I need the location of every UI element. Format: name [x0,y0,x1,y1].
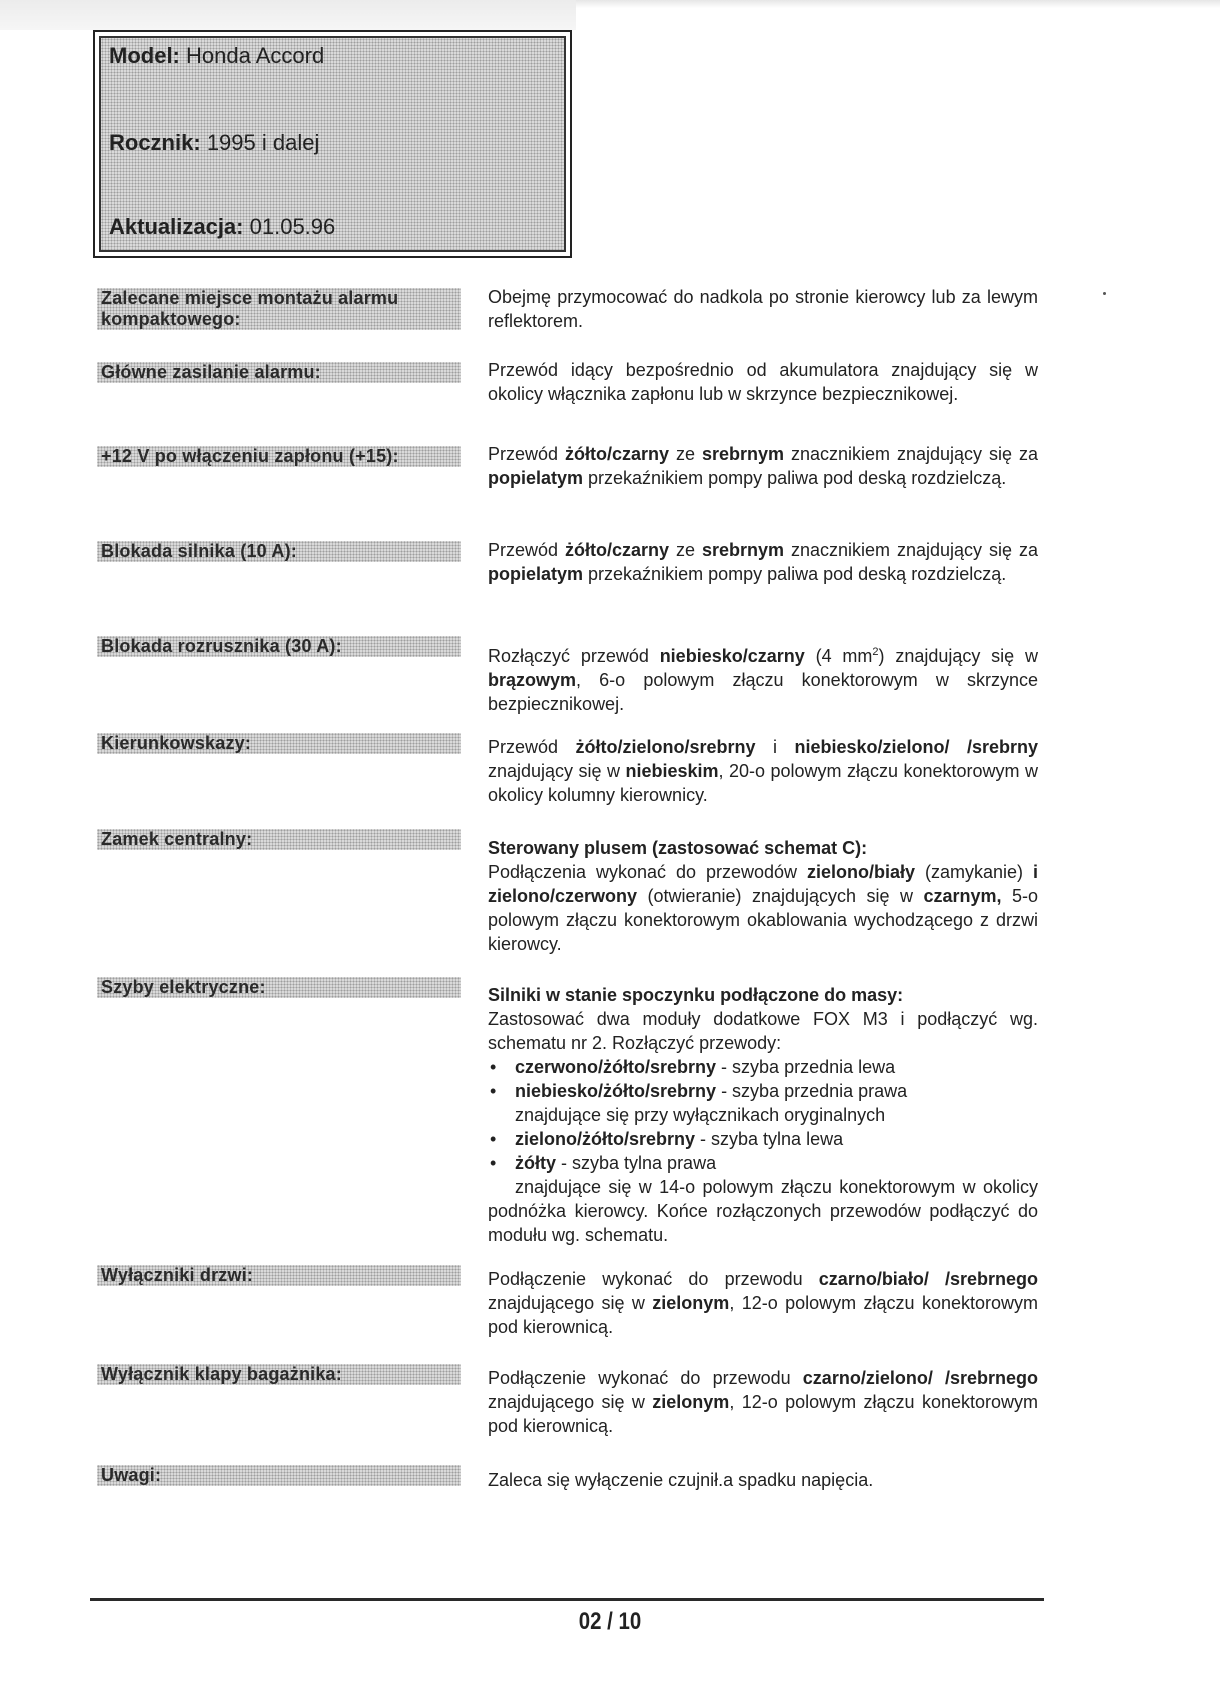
wire-list-front: czerwono/żółto/srebrny - szyba przednia … [488,1055,1038,1175]
row-label-door-switches: Wyłączniki drzwi: [97,1265,461,1286]
list-item: niebiesko/żółto/srebrny - szyba przednia… [488,1079,1038,1103]
row-value-central-lock: Sterowany plusem (zastosować schemat C):… [488,836,1038,956]
row-label-trunk-switch: Wyłącznik klapy bagażnika: [97,1364,461,1385]
row-value-starter-immobilizer: Rozłączyć przewód niebiesko/czarny (4 mm… [488,640,1038,716]
scan-top-band [0,0,576,30]
model-value: Honda Accord [186,43,324,68]
vehicle-header-box: Model: Honda Accord Rocznik: 1995 i dale… [93,30,572,258]
label-line: Zalecane miejsce montażu alarmu [101,288,459,309]
update-line: Aktualizacja: 01.05.96 [109,214,335,240]
model-label: Model: [109,43,180,68]
list-item: czerwono/żółto/srebrny - szyba przednia … [488,1055,1038,1079]
footer-divider [90,1598,1044,1601]
page-number: 02 / 10 [92,1608,1129,1636]
row-label-turn-signals: Kierunkowskazy: [97,733,461,754]
row-value-ignition-plus: Przewód żółto/czarny ze srebrnym znaczni… [488,442,1038,490]
vehicle-header-inner: Model: Honda Accord Rocznik: 1995 i dale… [99,36,566,252]
row-value-mounting-location: Obejmę przymocować do nadkola po stronie… [488,285,1038,333]
row-value-turn-signals: Przewód żółto/zielono/srebrny i niebiesk… [488,735,1038,807]
row-label-engine-immobilizer: Blokada silnika (10 A): [97,541,461,562]
year-value: 1995 i dalej [207,130,320,155]
list-item: żółty - szyba tylna prawa [488,1151,1038,1175]
row-label-starter-immobilizer: Blokada rozrusznika (30 A): [97,636,461,657]
year-line: Rocznik: 1995 i dalej [109,130,319,156]
update-label: Aktualizacja: [109,214,244,239]
row-value-engine-immobilizer: Przewód żółto/czarny ze srebrnym znaczni… [488,538,1038,586]
model-line: Model: Honda Accord [109,43,324,69]
label-line: kompaktowego: [101,309,459,330]
update-value: 01.05.96 [250,214,336,239]
list-item: zielono/żółto/srebrny - szyba tylna lewa [488,1127,1038,1151]
row-label-main-power: Główne zasilanie alarmu: [97,362,461,383]
row-value-notes: Zaleca się wyłączenie czujnił.a spadku n… [488,1468,1038,1492]
row-label-notes: Uwagi: [97,1465,461,1486]
row-label-central-lock: Zamek centralny: [97,829,461,850]
row-value-door-switches: Podłączenie wykonać do przewodu czarno/b… [488,1267,1038,1339]
central-lock-heading: Sterowany plusem (zastosować schemat C): [488,836,1038,860]
list-note: znajdujące się przy wyłącznikach orygina… [488,1103,1038,1127]
power-windows-note: znajdujące się w 14-o polowym złączu kon… [488,1175,1038,1247]
row-label-power-windows: Szyby elektryczne: [97,977,461,998]
row-value-trunk-switch: Podłączenie wykonać do przewodu czarno/z… [488,1366,1038,1438]
row-label-mounting-location: Zalecane miejsce montażu alarmu kompakto… [97,288,461,330]
year-label: Rocznik: [109,130,201,155]
row-label-ignition-plus: +12 V po włączeniu zapłonu (+15): [97,446,461,467]
row-value-power-windows: Silniki w stanie spoczynku podłączone do… [488,983,1038,1247]
power-windows-heading: Silniki w stanie spoczynku podłączone do… [488,983,1038,1007]
scan-speck [1103,292,1106,295]
power-windows-intro: Zastosować dwa moduły dodatkowe FOX M3 i… [488,1007,1038,1055]
row-value-main-power: Przewód idący bezpośrednio od akumulator… [488,358,1038,406]
